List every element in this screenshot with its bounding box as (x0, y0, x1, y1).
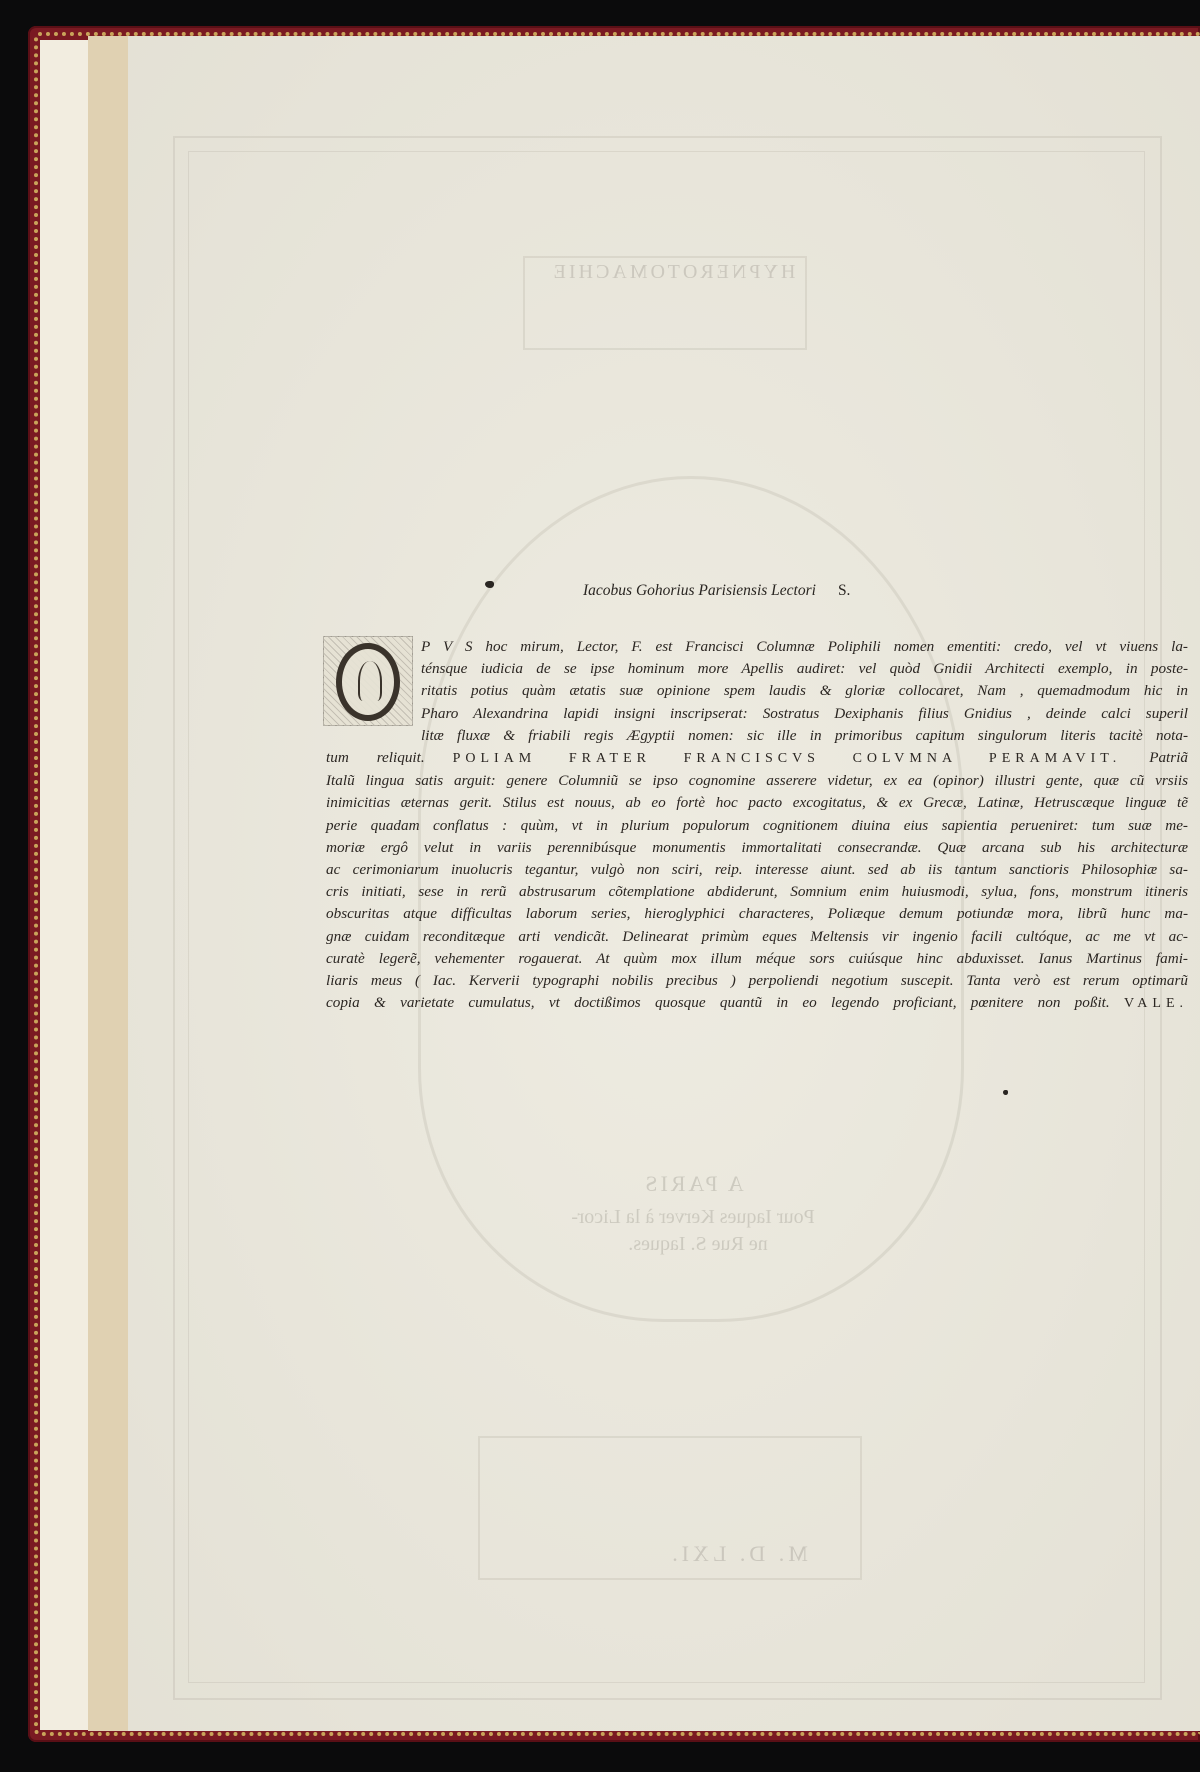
heading-text: Iacobus Gohorius Parisiensis Lectori (583, 582, 816, 599)
heading-salutation: S. (838, 582, 851, 599)
text-line: obscuritas atque difficultas laborum ser… (326, 903, 1188, 925)
show-through-imprint-line2: ne Rue S. Iaques. (598, 1233, 798, 1256)
text-line: gnæ cuidam reconditæque arti vendicãt. D… (326, 926, 1188, 948)
text-line: curatè legerẽ, vehementer rogauerat. At … (326, 948, 1188, 970)
text-line: Pharo Alexandrina lapidi insigni inscrip… (326, 703, 1188, 725)
acrostic-tail: Patriã (1149, 749, 1188, 766)
text-line: perie quadam conflatus : quùm, vt in plu… (326, 815, 1188, 837)
acrostic-text: POLIAM FRATER FRANCISCVS COLVMNA PERAMAV… (453, 751, 1122, 766)
closing-vale: VALE. (1124, 996, 1188, 1011)
flyleaf-edge (40, 40, 89, 1730)
text-line: P V S hoc mirum, Lector, F. est Francisc… (326, 636, 1188, 658)
preface-heading: Iacobus Gohorius Parisiensis LectoriS. (583, 582, 850, 600)
text-line: litæ fluxæ & friabili regis Ægyptii nome… (326, 725, 1188, 747)
text-line: ac cerimoniarum inuolucris tegantur, vul… (326, 859, 1188, 881)
text-line-acrostic: tum reliquit. POLIAM FRATER FRANCISCVS C… (326, 747, 1188, 770)
text-line: ritatis potius quàm ætatis suæ opinione … (326, 680, 1188, 702)
text-line: cris initiati, sese in rerũ abstrusarum … (326, 881, 1188, 903)
show-through-title: HYPNEROTOMACHIE (548, 261, 798, 284)
book-page: HYPNEROTOMACHIE A PARIS Pour Iaques Kerv… (128, 36, 1200, 1731)
ink-spot (1003, 1090, 1008, 1095)
show-through-imprint-line1: Pour Iaques Kerver à la Licor- (548, 1206, 838, 1229)
show-through-imprint-city: A PARIS (558, 1171, 828, 1197)
text-line: Italũ lingua satis arguit: genere Column… (326, 770, 1188, 792)
show-through-date: M. D. LXI. (638, 1541, 838, 1567)
preface-body: P V S hoc mirum, Lector, F. est Francisc… (326, 636, 1188, 1015)
text-line: ténsque iudicia de se ipse hominum more … (326, 658, 1188, 680)
text-line: liaris meus ( Iac. Kerverii typographi n… (326, 970, 1188, 992)
ink-spot (485, 581, 494, 588)
text-line: moriæ ergô velut in variis perennibúsque… (326, 837, 1188, 859)
text-line-closing: copia & varietate cumulatus, vt doctißim… (326, 992, 1188, 1015)
guard-strip (88, 36, 129, 1731)
text-line: inimicitias æternas gerit. Stilus est no… (326, 792, 1188, 814)
acrostic-lead: tum reliquit. (326, 749, 425, 766)
closing-sentence: copia & varietate cumulatus, vt doctißim… (326, 994, 1110, 1011)
